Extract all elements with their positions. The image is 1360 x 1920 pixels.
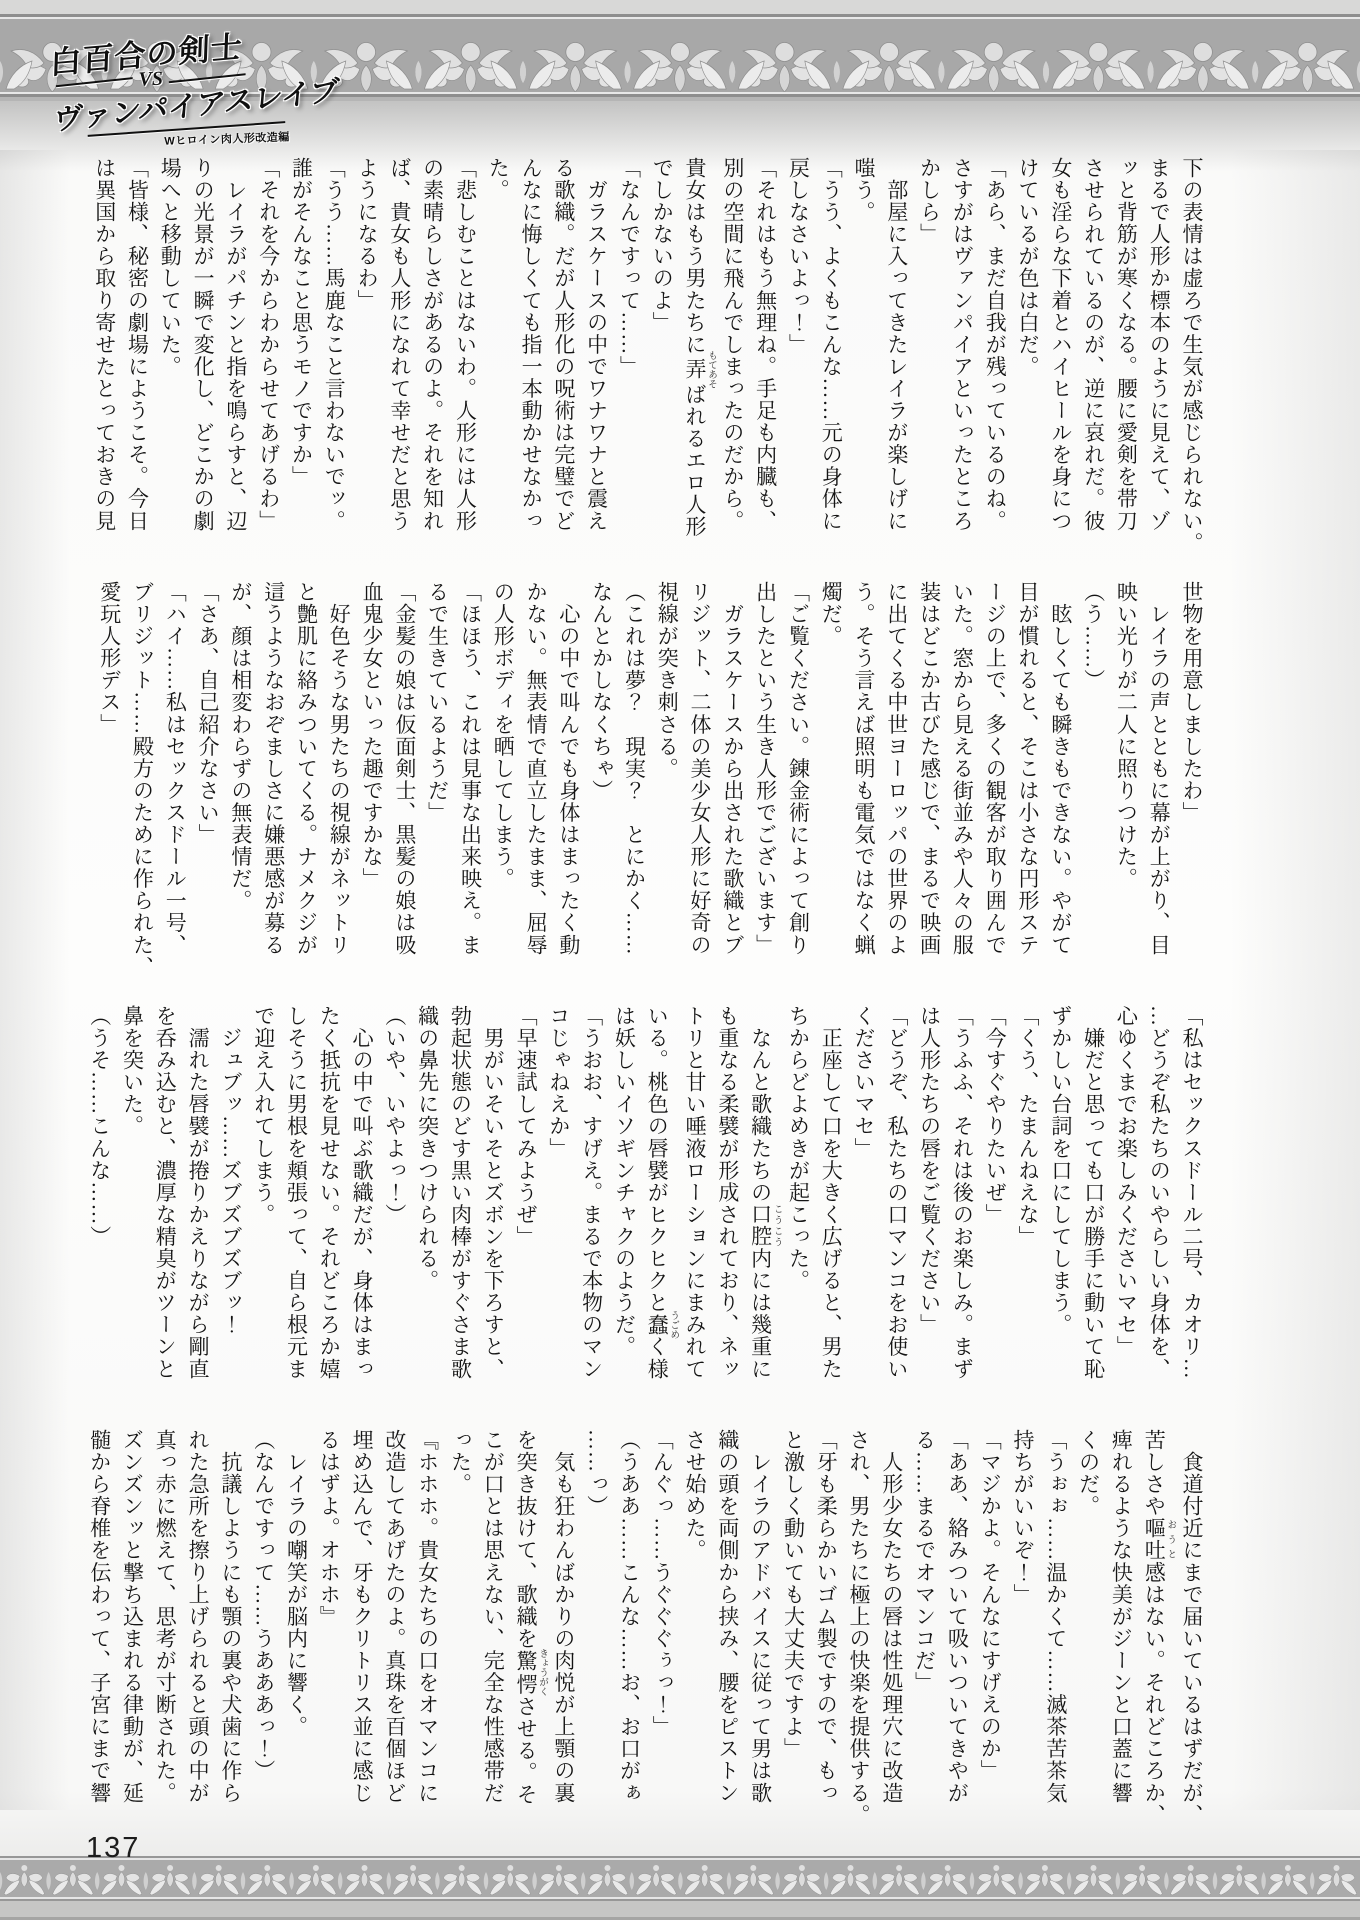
text-column: 目が慣れると、そこは小さな円形ステ <box>1011 581 1044 1002</box>
text-column: レイラの声とともに幕が上がり、目 <box>1142 581 1175 1002</box>
text-column: 気も狂わんばかりの肉悦が上顎の裏 <box>547 1429 580 1850</box>
text-column: かしら」 <box>913 157 946 578</box>
text-column: 下の表情は虚ろで生気が感じられない。 <box>1175 157 1208 578</box>
text-column: 「ほほう、これは見事な出来映え。ま <box>454 581 487 1002</box>
text-column: 心の中で叫んでも身体はまったく動 <box>552 581 585 1002</box>
text-column: 愛玩人形デス」 <box>93 581 126 1002</box>
text-column: コじゃねえか」 <box>542 1005 575 1426</box>
text-column: 「私はセックスドール二号、カオリ… <box>1175 1005 1208 1426</box>
text-column: ズンズンッと撃ち込まれる律動が、延 <box>116 1429 149 1850</box>
text-column: 抗議しようにも顎の裏や犬歯に作ら <box>214 1429 247 1850</box>
text-column: いる。桃色の唇襞がヒクヒクと蠢うごめく様 <box>640 1005 678 1426</box>
text-column: レイラがパチンと指を鳴らすと、辺 <box>219 157 252 578</box>
text-column: ッと背筋が寒くなる。腰に愛剣を帯刀 <box>1110 157 1143 578</box>
text-column: かない。無表情で直立したまま、屈辱 <box>519 581 552 1002</box>
text-column: 「あら、まだ自我が残っているのね。 <box>978 157 1011 578</box>
text-column: 心の中で叫ぶ歌織だが、身体はまっ <box>345 1005 378 1426</box>
text-column: 鼻を突いた。 <box>116 1005 149 1426</box>
text-column: 持ちがいいぞ！」 <box>1006 1429 1039 1850</box>
text-column: レイラのアドバイスに従って男は歌 <box>744 1429 777 1850</box>
text-column: しそうに男根を頬張って、自ら根元ま <box>280 1005 313 1426</box>
text-column: ようになるわ」 <box>350 157 383 578</box>
text-column: レイラの嘲笑が脳内に響く。 <box>280 1429 313 1850</box>
text-column: （うそ……こんな……） <box>83 1005 116 1426</box>
text-column: 装はどこか古びた感じで、まるで映画 <box>913 581 946 1002</box>
text-column: ガラスケースの中でワナワナと震え <box>580 157 613 578</box>
text-column: 「くう、たまんねえな」 <box>1011 1005 1044 1426</box>
text-column: った。 <box>444 1429 477 1850</box>
right-page-shading <box>1230 150 1360 1810</box>
text-column: 嗤う。 <box>847 157 880 578</box>
text-column: させ始めた。 <box>678 1429 711 1850</box>
text-column: 視線が突き刺さる。 <box>650 581 683 1002</box>
text-band-4: 食道付近にまで届いているはずだが、苦しさや嘔吐おうと感はない。それどころか、痺れ… <box>90 1429 1208 1850</box>
text-column: 「それを今からわからせてあげるわ」 <box>252 157 285 578</box>
text-column: と激しく動いても大丈夫ですよ」 <box>777 1429 810 1850</box>
text-column: るはずよ。オホホ』 <box>312 1429 345 1850</box>
text-column: …どうぞ私たちのいやらしい身体を、 <box>1142 1005 1175 1426</box>
text-column: 苦しさや嘔吐おうと感はない。それどころか、 <box>1137 1429 1175 1850</box>
text-column: を突き抜けて、歌織を驚愕きょうがくさせる。そ <box>509 1429 547 1850</box>
text-column: 「ハイ……私はセックスドール一号、 <box>159 581 192 1002</box>
text-column: 好色そうな男たちの視線がネットリ <box>322 581 355 1002</box>
text-column: 勃起状態のどす黒い肉棒がすぐさま歌 <box>444 1005 477 1426</box>
text-column: ガラスケースから出された歌織とブ <box>716 581 749 1002</box>
text-column: は人形たちの唇をご覧ください」 <box>913 1005 946 1426</box>
left-page-shading <box>0 150 70 1810</box>
text-column: まるで人形か標本のように見えて、ゾ <box>1142 157 1175 578</box>
text-column: 出したという生き人形でございます」 <box>749 581 782 1002</box>
text-column: ブリジット……殿方のために作られた、 <box>126 581 159 1002</box>
text-column: 「うぉぉ……温かくて……滅茶苦茶気 <box>1039 1429 1072 1850</box>
text-column: （いや、いやよっ！） <box>378 1005 411 1426</box>
text-column: 「うう、よくもこんな……元の身体に <box>814 157 847 578</box>
text-column: 別の空間に飛んでしまったのだから。 <box>716 157 749 578</box>
text-column: る……まるでオマンコだ」 <box>908 1429 941 1850</box>
text-column: は妖しいイソギンチャクのようだ。 <box>608 1005 641 1426</box>
text-column: ば、貴女も人形になれて幸せだと思う <box>383 157 416 578</box>
text-column: 「なんですって……」 <box>613 157 646 578</box>
text-column: 真っ赤に燃えて、思考が寸断された。 <box>149 1429 182 1850</box>
bottom-border-ornament <box>0 1856 1360 1920</box>
text-column: 眩しくても瞬きもできない。やがて <box>1044 581 1077 1002</box>
text-column: こが口とは思えない、完全な性感帯だ <box>476 1429 509 1850</box>
text-column: 男がいそいそとズボンを下ろすと、 <box>476 1005 509 1426</box>
text-column: させられているのが、逆に哀れだ。彼 <box>1077 157 1110 578</box>
text-column: 濡れた唇襞が捲りかえりながら剛直 <box>181 1005 214 1426</box>
text-column: 「ああ、絡みついて吸いついてきやが <box>941 1429 974 1850</box>
text-column: 髄から脊椎を伝わって、子宮にまで響 <box>83 1429 116 1850</box>
text-column: 血鬼少女といった趣ですかな」 <box>355 581 388 1002</box>
text-column: る歌織。だが人形化の呪術は完璧でど <box>547 157 580 578</box>
text-column: 食道付近にまで届いているはずだが、 <box>1175 1429 1208 1850</box>
text-column: 「どうぞ、私たちの口マンコをお使い <box>880 1005 913 1426</box>
text-column: 「マジかよ。そんなにすげえのか」 <box>973 1429 1006 1850</box>
book-page: 白百合の剣士 VS ヴァンパイアスレイブ Wヒロイン肉人形改造編 下の表情は虚ろ… <box>0 0 1360 1920</box>
text-column: 「それはもう無理ね。手足も内臓も、 <box>749 157 782 578</box>
text-band-2: 世物を用意しましたわ」 レイラの声とともに幕が上がり、目映い光りが二人に照りつけ… <box>90 581 1208 1002</box>
text-column: 「うおお、すげえ。まるで本物のマン <box>575 1005 608 1426</box>
text-column: 「悲しむことはないわ。人形には人形 <box>449 157 482 578</box>
text-column: され、男たちに極上の快楽を提供する。 <box>842 1429 875 1850</box>
text-column: が、顔は相変わらずの無表情だ。 <box>224 581 257 1002</box>
text-column: るで生きているようだ」 <box>421 581 454 1002</box>
text-band-1: 下の表情は虚ろで生気が感じられない。まるで人形か標本のように見えて、ゾッと背筋が… <box>90 157 1208 578</box>
text-column: 燭だ。 <box>814 581 847 1002</box>
text-band-3: 「私はセックスドール二号、カオリ……どうぞ私たちのいやらしい身体を、心ゆくまでお… <box>90 1005 1208 1426</box>
text-column: を呑み込むと、濃厚な精臭がツーンと <box>149 1005 182 1426</box>
text-column: と艶肌に絡みついてくる。ナメクジが <box>290 581 323 1002</box>
text-column: 正座して口を大きく広げると、男た <box>814 1005 847 1426</box>
text-column: の人形ボディを晒してしまう。 <box>486 581 519 1002</box>
text-column: 人形少女たちの唇は性処理穴に改造 <box>875 1429 908 1850</box>
text-column: 貴女はもう男たちに弄もてあそばれるエロ人形 <box>678 157 716 578</box>
text-column: 心ゆくまでお楽しみくださいマセ」 <box>1110 1005 1143 1426</box>
text-column: 「今すぐやりたいぜ」 <box>978 1005 1011 1426</box>
text-column: たく抵抗を見せない。それどころか嬉 <box>312 1005 345 1426</box>
series-logo: 白百合の剣士 VS ヴァンパイアスレイブ Wヒロイン肉人形改造編 <box>50 21 322 152</box>
text-column: んなに悔しくても指一本動かせなかっ <box>514 157 547 578</box>
text-column: 「ご覧ください。錬金術によって創り <box>782 581 815 1002</box>
text-column: 這うようなおぞましさに嫌悪感が募る <box>257 581 290 1002</box>
text-column: いた。窓から見える街並みや人々の服 <box>946 581 979 1002</box>
text-column: も重なる柔襞が形成されており、ネッ <box>711 1005 744 1426</box>
text-column: ……っ） <box>580 1429 613 1850</box>
text-column: 「早速試してみようぜ」 <box>509 1005 542 1426</box>
text-column: トリと甘い唾液ローションにまみれて <box>678 1005 711 1426</box>
text-column: で迎え入れてしまう。 <box>247 1005 280 1426</box>
text-column: なんとかしなくちゃ） <box>585 581 618 1002</box>
text-column: に出てくる中世ヨーロッパの世界のよ <box>880 581 913 1002</box>
text-column: ジュブッ……ズブズブズブッ！ <box>214 1005 247 1426</box>
text-column: （う……） <box>1077 581 1110 1002</box>
text-column: 埋め込んで、牙もクリトリス並に感じ <box>345 1429 378 1850</box>
text-column: の素晴らしさがあるのよ。それを知れ <box>416 157 449 578</box>
text-column: （これは夢？ 現実？ とにかく…… <box>618 581 651 1002</box>
text-column: 痺れるような快美がジーンと口蓋に響 <box>1105 1429 1138 1850</box>
text-column: 部屋に入ってきたレイラが楽しげに <box>880 157 913 578</box>
text-column: う。そう言えば照明も電気ではなく蝋 <box>847 581 880 1002</box>
page-number: 137 <box>86 1832 140 1865</box>
text-column: 織の鼻先に突きつけられる。 <box>411 1005 444 1426</box>
text-column: 『ホホホ。貴女たちの口をオマンコに <box>411 1429 444 1850</box>
text-column: 嫌だと思っても口が勝手に動いて恥 <box>1077 1005 1110 1426</box>
text-column: なんと歌織たちの口腔こうこう内には幾重に <box>744 1005 782 1426</box>
text-column: リジット、二体の美少女人形に好奇の <box>683 581 716 1002</box>
text-column: りの光景が一瞬で変化し、どこかの劇 <box>186 157 219 578</box>
text-column: 「うう……馬鹿なこと言わないでッ。 <box>317 157 350 578</box>
text-column: 織の頭を両側から挟み、腰をピストン <box>711 1429 744 1850</box>
text-column: 戻しなさいよっ！」 <box>782 157 815 578</box>
text-column: た。 <box>481 157 514 578</box>
text-column: 女も淫らな下着とハイヒールを身につ <box>1044 157 1077 578</box>
text-column: 「うふふ、それは後のお楽しみ。まず <box>946 1005 979 1426</box>
text-column: 「んぐっ……うぐぐぐぅっ！」 <box>645 1429 678 1850</box>
text-column: 映い光りが二人に照りつけた。 <box>1110 581 1143 1002</box>
text-column: くださいマセ」 <box>847 1005 880 1426</box>
text-column: れた急所を擦り上げられると頭の中が <box>181 1429 214 1850</box>
text-column: 「金髪の娘は仮面剣士、黒髪の娘は吸 <box>388 581 421 1002</box>
text-column: 世物を用意しましたわ」 <box>1175 581 1208 1002</box>
text-column: 「皆様、秘密の劇場にようこそ。今日 <box>121 157 154 578</box>
text-column: 「牙も柔らかいゴム製ですので、もっ <box>809 1429 842 1850</box>
text-column: でしかないのよ」 <box>645 157 678 578</box>
text-column: ージの上で、多くの観客が取り囲んで <box>978 581 1011 1002</box>
text-column: 場へと移動していた。 <box>154 157 187 578</box>
text-column: けているが色は白だ。 <box>1011 157 1044 578</box>
text-column: ずかしい台詞を口にしてしまう。 <box>1044 1005 1077 1426</box>
text-column: 改造してあげたのよ。真珠を百個ほど <box>378 1429 411 1850</box>
text-column: 誰がそんなこと思うモノですか」 <box>285 157 318 578</box>
text-column: ちからどよめきが起こった。 <box>782 1005 815 1426</box>
text-column: （うああ……こんな……お、お口がぁ <box>613 1429 646 1850</box>
text-column: さすがはヴァンパイアといったところ <box>946 157 979 578</box>
text-column: は異国から取り寄せたとっておきの見 <box>88 157 121 578</box>
text-column: くのだ。 <box>1072 1429 1105 1850</box>
text-column: 「さあ、自己紹介なさい」 <box>191 581 224 1002</box>
text-column: （なんですって……うあああっ！） <box>247 1429 280 1850</box>
